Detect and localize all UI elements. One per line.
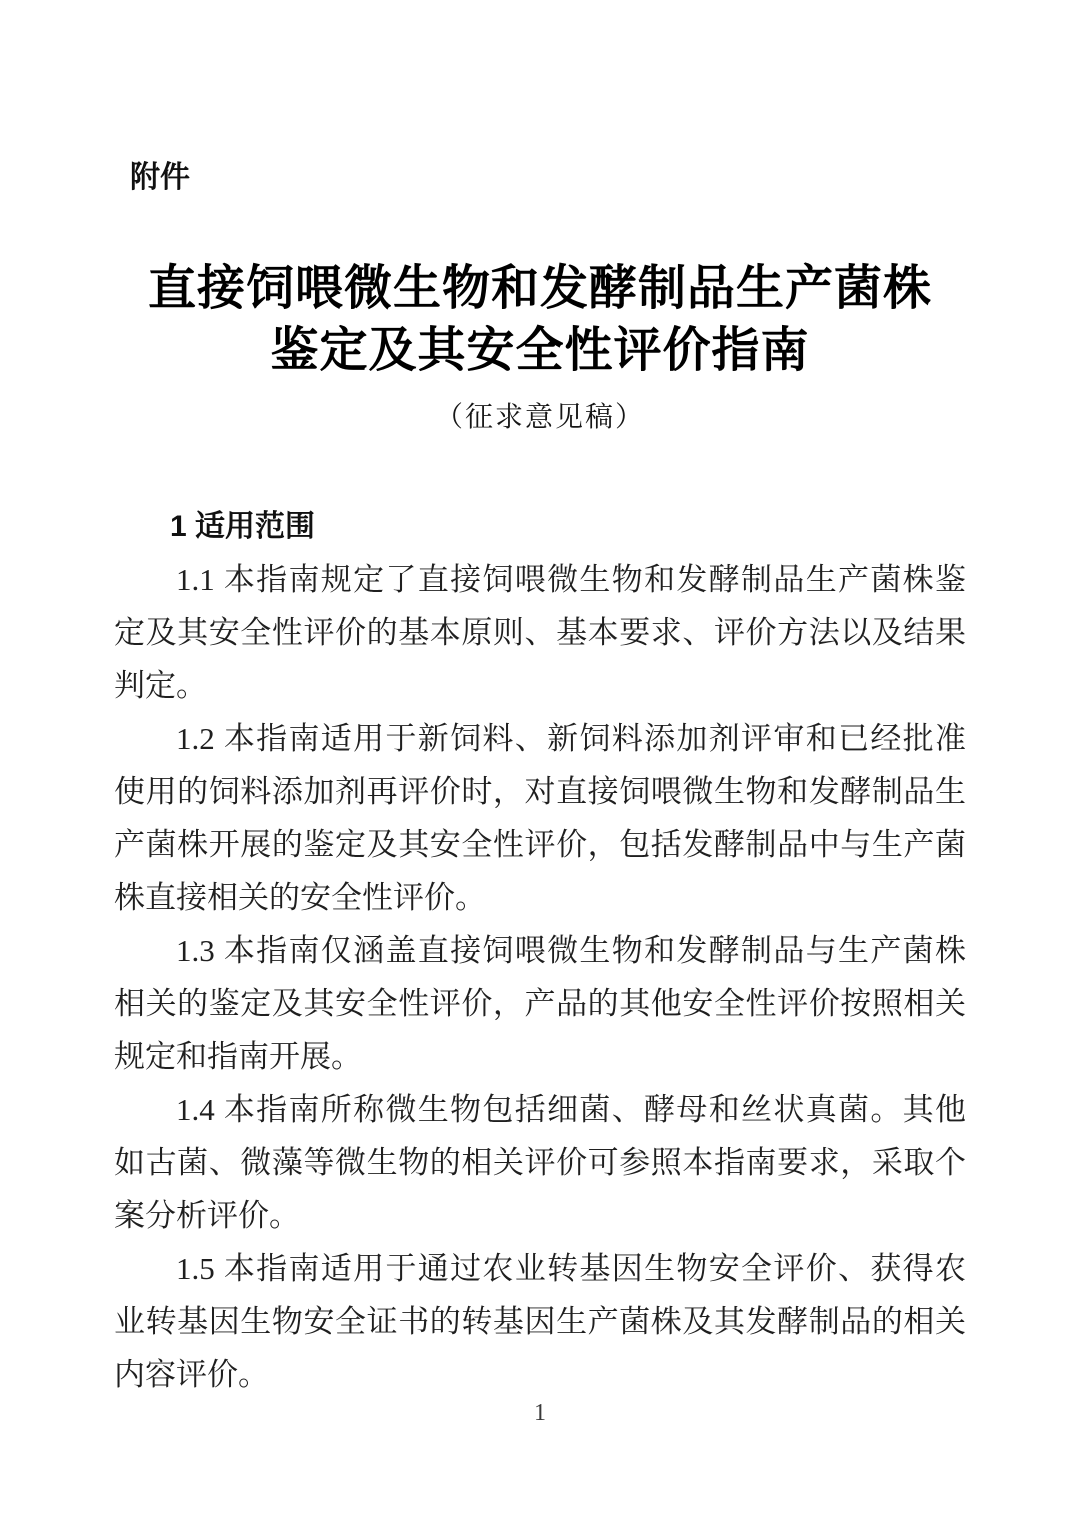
document-title-line-2: 鉴定及其安全性评价指南 — [114, 320, 966, 382]
paragraph-1-5: 1.5 本指南适用于通过农业转基因生物安全评价、获得农业转基因生物安全证书的转基… — [114, 1242, 966, 1401]
page-number: 1 — [0, 1400, 1080, 1427]
document-title-line-1: 直接饲喂微生物和发酵制品生产菌株 — [114, 258, 966, 320]
section-heading-scope: 1 适用范围 — [114, 500, 966, 553]
paragraph-1-3: 1.3 本指南仅涵盖直接饲喂微生物和发酵制品与生产菌株相关的鉴定及其安全性评价，… — [114, 924, 966, 1083]
paragraph-1-1: 1.1 本指南规定了直接饲喂微生物和发酵制品生产菌株鉴定及其安全性评价的基本原则… — [114, 553, 966, 712]
attachment-label: 附件 — [130, 162, 966, 194]
paragraph-1-2: 1.2 本指南适用于新饲料、新饲料添加剂评审和已经批准使用的饲料添加剂再评价时，… — [114, 712, 966, 924]
document-page: 附件 直接饲喂微生物和发酵制品生产菌株 鉴定及其安全性评价指南 （征求意见稿） … — [0, 0, 1080, 1526]
paragraph-1-4: 1.4 本指南所称微生物包括细菌、酵母和丝状真菌。其他如古菌、微藻等微生物的相关… — [114, 1083, 966, 1242]
draft-subtitle: （征求意见稿） — [114, 398, 966, 438]
document-title: 直接饲喂微生物和发酵制品生产菌株 鉴定及其安全性评价指南 — [114, 258, 966, 382]
